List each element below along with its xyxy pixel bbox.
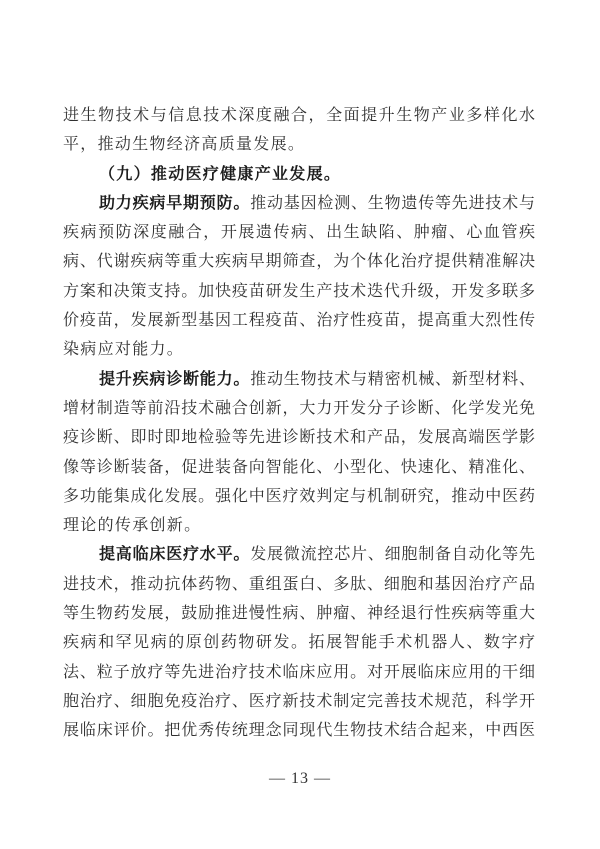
body-text: 理论的传承创新。 xyxy=(63,517,201,534)
body-text: 病、代谢疾病等重大疾病早期筛查，为个体化治疗提供精准解决 xyxy=(63,253,535,270)
text-line: 胞治疗、细胞免疫治疗、医疗新技术制定完善技术规范，科学开 xyxy=(63,687,535,716)
text-line: 理论的传承创新。 xyxy=(63,511,535,540)
text-line: 提高临床医疗水平。发展微流控芯片、细胞制备自动化等先 xyxy=(63,540,535,569)
text-line: 疾病预防深度融合，开展遗传病、出生缺陷、肿瘤、心血管疾 xyxy=(63,218,535,247)
body-text: 多功能集成化发展。强化中医疗效判定与机制研究，推动中医药 xyxy=(63,488,535,505)
paragraph-lead-text: 提升疾病诊断能力。 xyxy=(99,371,250,388)
page-number: — 13 — xyxy=(269,770,331,787)
body-text: 发展微流控芯片、细胞制备自动化等先 xyxy=(250,546,535,563)
text-line: 法、粒子放疗等先进治疗技术临床应用。对开展临床应用的干细 xyxy=(63,658,535,687)
text-line: 等生物药发展，鼓励推进慢性病、肿瘤、神经退行性疾病等重大 xyxy=(63,599,535,628)
document-page: 进生物技术与信息技术深度融合，全面提升生物产业多样化水平，推动生物经济高质量发展… xyxy=(0,0,600,849)
text-line: 疫诊断、即时即地检验等先进诊断技术和产品，发展高端医学影 xyxy=(63,423,535,452)
text-line: 展临床评价。把优秀传统理念同现代生物技术结合起来，中西医 xyxy=(63,716,535,745)
text-line: （九）推动医疗健康产业发展。 xyxy=(63,160,535,189)
body-text: 价疫苗，发展新型基因工程疫苗、治疗性疫苗，提高重大烈性传 xyxy=(63,312,535,329)
body-text: 增材制造等前沿技术融合创新，大力开发分子诊断、化学发光免 xyxy=(63,400,535,417)
body-text: 平，推动生物经济高质量发展。 xyxy=(63,136,305,153)
paragraph-lead-text: 提高临床医疗水平。 xyxy=(99,546,250,563)
section-heading-text: （九）推动医疗健康产业发展。 xyxy=(99,166,341,183)
body-text: 推动基因检测、生物遗传等先进技术与 xyxy=(250,195,535,212)
text-line: 进技术，推动抗体药物、重组蛋白、多肽、细胞和基因治疗产品 xyxy=(63,570,535,599)
text-line: 染病应对能力。 xyxy=(63,335,535,364)
body-text: 法、粒子放疗等先进治疗技术临床应用。对开展临床应用的干细 xyxy=(63,664,535,681)
page-footer: — 13 — xyxy=(0,770,600,788)
text-line: 平，推动生物经济高质量发展。 xyxy=(63,130,535,159)
text-line: 价疫苗，发展新型基因工程疫苗、治疗性疫苗，提高重大烈性传 xyxy=(63,306,535,335)
text-line: 像等诊断装备，促进装备向智能化、小型化、快速化、精准化、 xyxy=(63,453,535,482)
text-line: 疾病和罕见病的原创药物研发。拓展智能手术机器人、数字疗 xyxy=(63,628,535,657)
text-line: 进生物技术与信息技术深度融合，全面提升生物产业多样化水 xyxy=(63,101,535,130)
text-line: 助力疾病早期预防。推动基因检测、生物遗传等先进技术与 xyxy=(63,189,535,218)
body-text: 进生物技术与信息技术深度融合，全面提升生物产业多样化水 xyxy=(63,107,535,124)
body-text: 展临床评价。把优秀传统理念同现代生物技术结合起来，中西医 xyxy=(63,722,535,739)
body-text: 疾病和罕见病的原创药物研发。拓展智能手术机器人、数字疗 xyxy=(63,634,535,651)
body-text: 疾病预防深度融合，开展遗传病、出生缺陷、肿瘤、心血管疾 xyxy=(63,224,535,241)
paragraph-lead-text: 助力疾病早期预防。 xyxy=(99,195,250,212)
body-text: 胞治疗、细胞免疫治疗、医疗新技术制定完善技术规范，科学开 xyxy=(63,693,535,710)
body-text: 推动生物技术与精密机械、新型材料、 xyxy=(250,371,535,388)
text-line: 增材制造等前沿技术融合创新，大力开发分子诊断、化学发光免 xyxy=(63,394,535,423)
body-text: 疫诊断、即时即地检验等先进诊断技术和产品，发展高端医学影 xyxy=(63,429,535,446)
text-line: 方案和决策支持。加快疫苗研发生产技术迭代升级，开发多联多 xyxy=(63,277,535,306)
text-line: 提升疾病诊断能力。推动生物技术与精密机械、新型材料、 xyxy=(63,365,535,394)
text-line: 多功能集成化发展。强化中医疗效判定与机制研究，推动中医药 xyxy=(63,482,535,511)
text-line: 病、代谢疾病等重大疾病早期筛查，为个体化治疗提供精准解决 xyxy=(63,247,535,276)
body-text: 方案和决策支持。加快疫苗研发生产技术迭代升级，开发多联多 xyxy=(63,283,535,300)
body-text: 等生物药发展，鼓励推进慢性病、肿瘤、神经退行性疾病等重大 xyxy=(63,605,535,622)
body-text: 像等诊断装备，促进装备向智能化、小型化、快速化、精准化、 xyxy=(63,459,535,476)
body-text: 进技术，推动抗体药物、重组蛋白、多肽、细胞和基因治疗产品 xyxy=(63,576,535,593)
document-body: 进生物技术与信息技术深度融合，全面提升生物产业多样化水平，推动生物经济高质量发展… xyxy=(63,101,535,746)
body-text: 染病应对能力。 xyxy=(63,341,184,358)
